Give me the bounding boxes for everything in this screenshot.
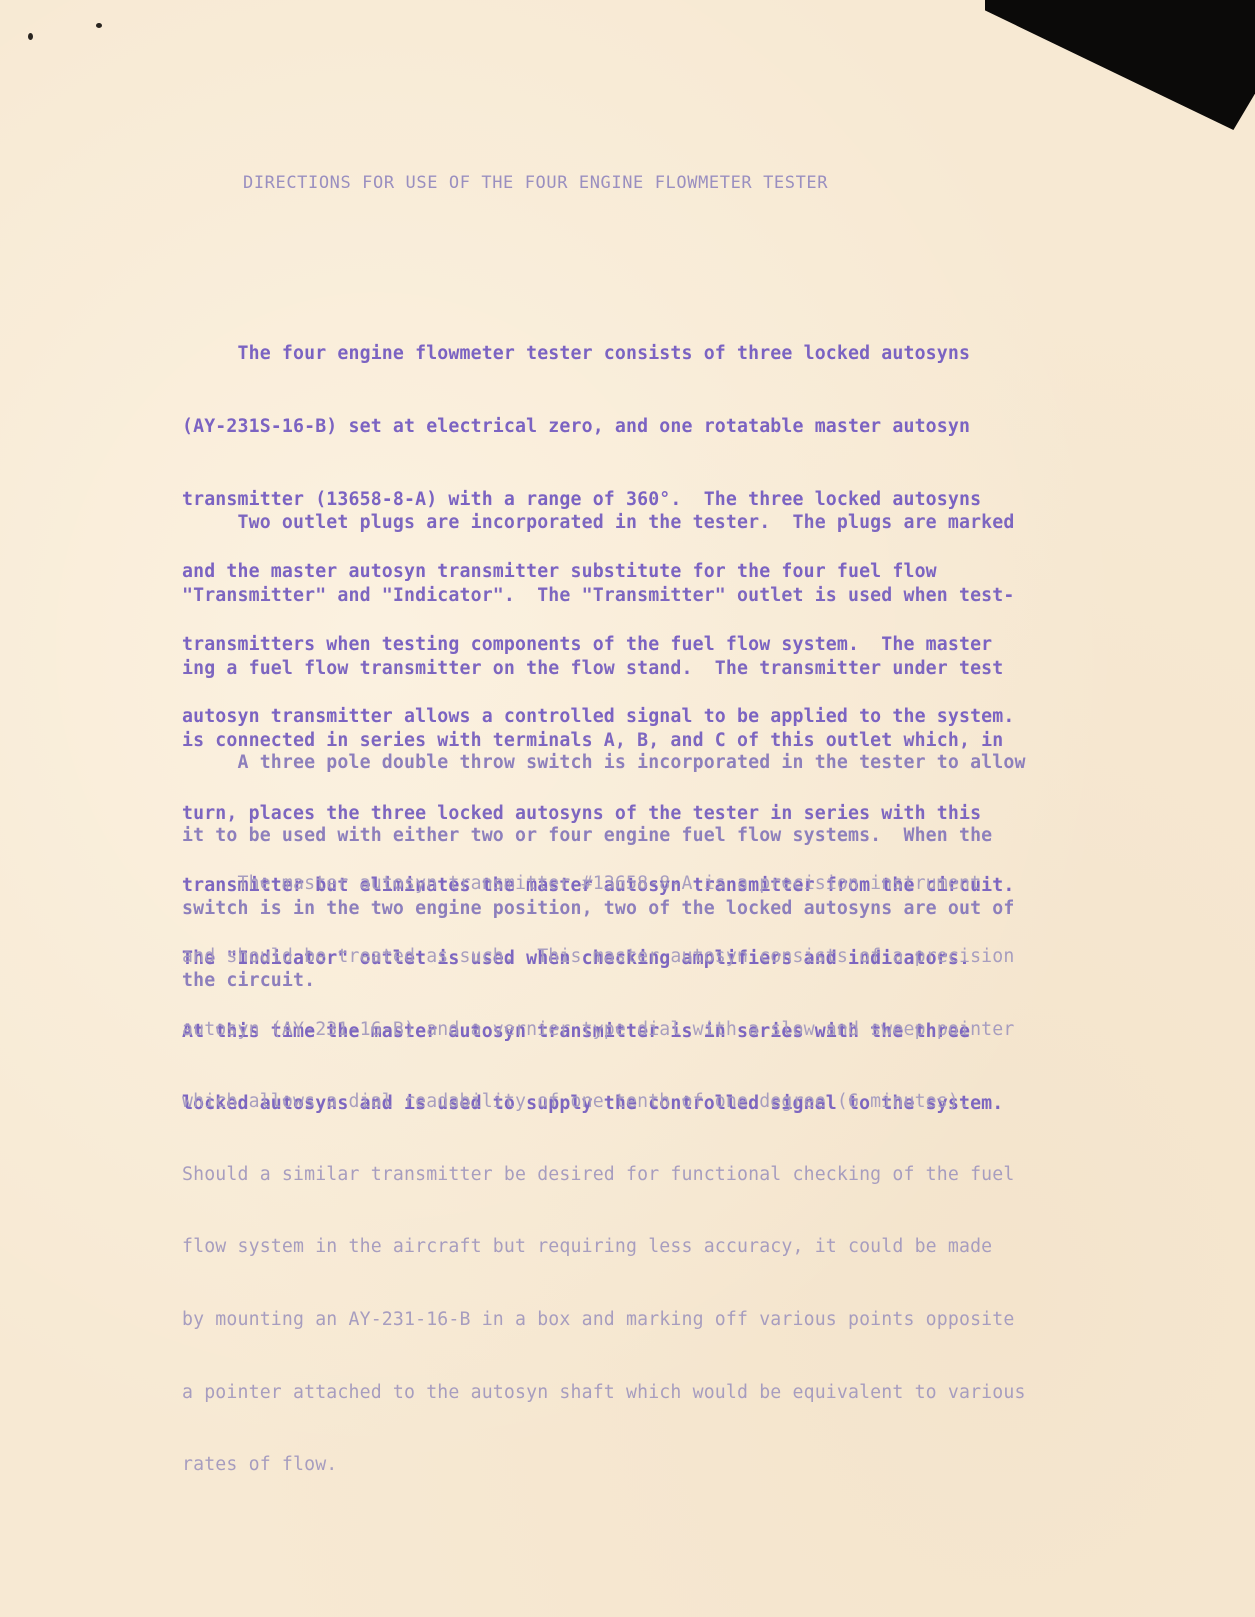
- text-line: autosyn (AY-231-16-B) and a vernier type…: [182, 1018, 1142, 1042]
- text-line: ing a fuel flow transmitter on the flow …: [182, 657, 1142, 681]
- text-line: (AY-231S-16-B) set at electrical zero, a…: [182, 415, 1142, 439]
- scan-corner-shadow: [985, 0, 1255, 130]
- paragraph-master-autosyn: The master autosyn transmitter #13658-8-…: [182, 824, 1142, 1502]
- text-line: a pointer attached to the autosyn shaft …: [182, 1381, 1142, 1405]
- text-line: A three pole double throw switch is inco…: [182, 751, 1142, 775]
- text-line: Should a similar transmitter be desired …: [182, 1163, 1142, 1187]
- text-line: by mounting an AY-231-16-B in a box and …: [182, 1308, 1142, 1332]
- text-line: flow system in the aircraft but requirin…: [182, 1235, 1142, 1259]
- text-line: and should be treated as such. This mast…: [182, 945, 1142, 969]
- text-line: Two outlet plugs are incorporated in the…: [182, 511, 1142, 535]
- text-line: The master autosyn transmitter #13658-8-…: [182, 872, 1142, 896]
- text-line: which allows a dial readability of one t…: [182, 1090, 1142, 1114]
- paper-speck: [96, 23, 102, 28]
- text-line: The four engine flowmeter tester consist…: [182, 342, 1142, 366]
- document-title: DIRECTIONS FOR USE OF THE FOUR ENGINE FL…: [243, 173, 828, 193]
- text-line: "Transmitter" and "Indicator". The "Tran…: [182, 584, 1142, 608]
- paper-speck: [28, 33, 33, 40]
- text-line: rates of flow.: [182, 1453, 1142, 1477]
